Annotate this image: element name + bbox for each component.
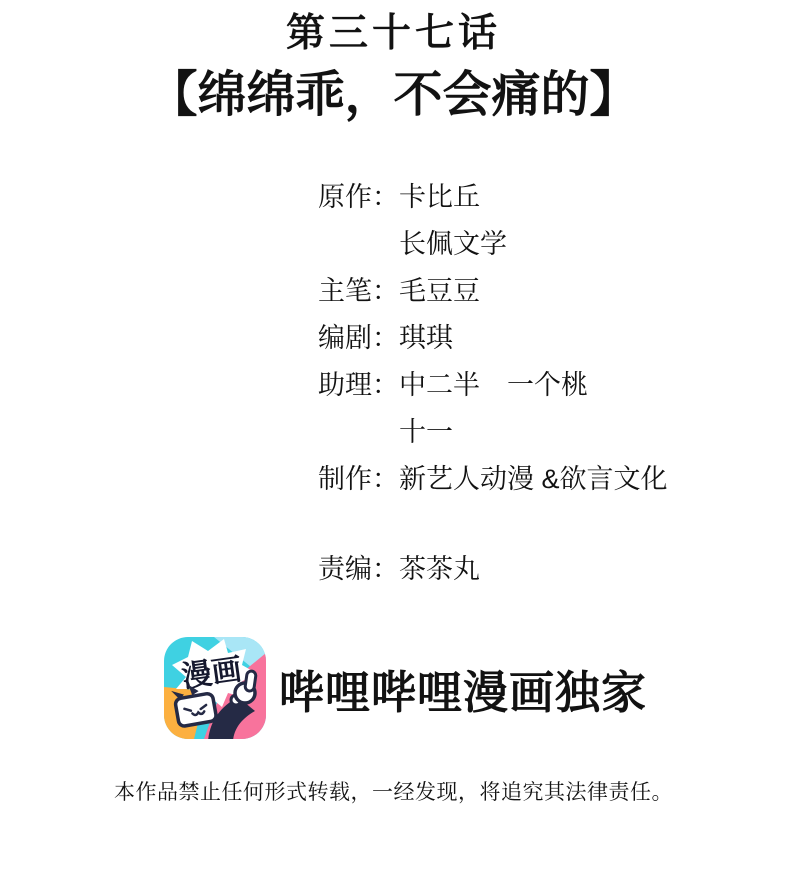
credit-label: 主笔： — [318, 275, 399, 322]
credit-value: 十一 — [399, 416, 453, 463]
credit-row-lead-artist: 主笔： 毛豆豆 — [318, 275, 668, 322]
credit-row-assistants: 助理： 中二半 一个桃 — [318, 369, 668, 416]
chapter-title: 【绵绵乖，不会痛的】 — [0, 56, 787, 126]
publisher-exclusive-label: 哔哩哔哩漫画独家 — [279, 656, 647, 721]
credit-label: 原作： — [318, 181, 399, 228]
publisher-banner: 漫画 哔哩哔哩漫画独家 — [164, 637, 647, 739]
credit-label — [318, 228, 399, 275]
credit-label: 制作： — [318, 463, 399, 510]
credit-value: 茶茶丸 — [399, 553, 480, 600]
copyright-disclaimer: 本作品禁止任何形式转载，一经发现，将追究其法律责任。 — [0, 776, 787, 806]
credit-row-assistants-2: 十一 — [318, 416, 668, 463]
credit-label: 责编： — [318, 553, 399, 600]
chapter-title-page: 第三十七话 【绵绵乖，不会痛的】 原作： 卡比丘 长佩文学 主笔： 毛豆豆 编剧… — [0, 0, 787, 884]
credit-value: 新艺人动漫 &欲言文化 — [399, 463, 668, 510]
credit-value: 卡比丘 — [399, 181, 480, 228]
credit-value: 中二半 一个桃 — [399, 369, 588, 416]
credit-row-screenwriter: 编剧： 琪琪 — [318, 322, 668, 369]
credit-row-production: 制作： 新艺人动漫 &欲言文化 — [318, 463, 668, 510]
credit-value: 琪琪 — [399, 322, 453, 369]
credit-value: 毛豆豆 — [399, 275, 480, 322]
credit-label: 编剧： — [318, 322, 399, 369]
credit-value: 长佩文学 — [399, 228, 507, 275]
credits-list: 原作： 卡比丘 长佩文学 主笔： 毛豆豆 编剧： 琪琪 助理： 中二半 一个桃 … — [318, 181, 668, 600]
credit-row-original-work: 原作： 卡比丘 — [318, 181, 668, 228]
credit-label — [318, 416, 399, 463]
credit-label: 助理： — [318, 369, 399, 416]
glove-finger — [245, 671, 257, 692]
chapter-number: 第三十七话 — [0, 2, 787, 58]
credit-row-editor: 责编： 茶茶丸 — [318, 553, 668, 600]
credit-row-original-publisher: 长佩文学 — [318, 228, 668, 275]
bilibili-comics-app-icon: 漫画 — [164, 637, 266, 739]
